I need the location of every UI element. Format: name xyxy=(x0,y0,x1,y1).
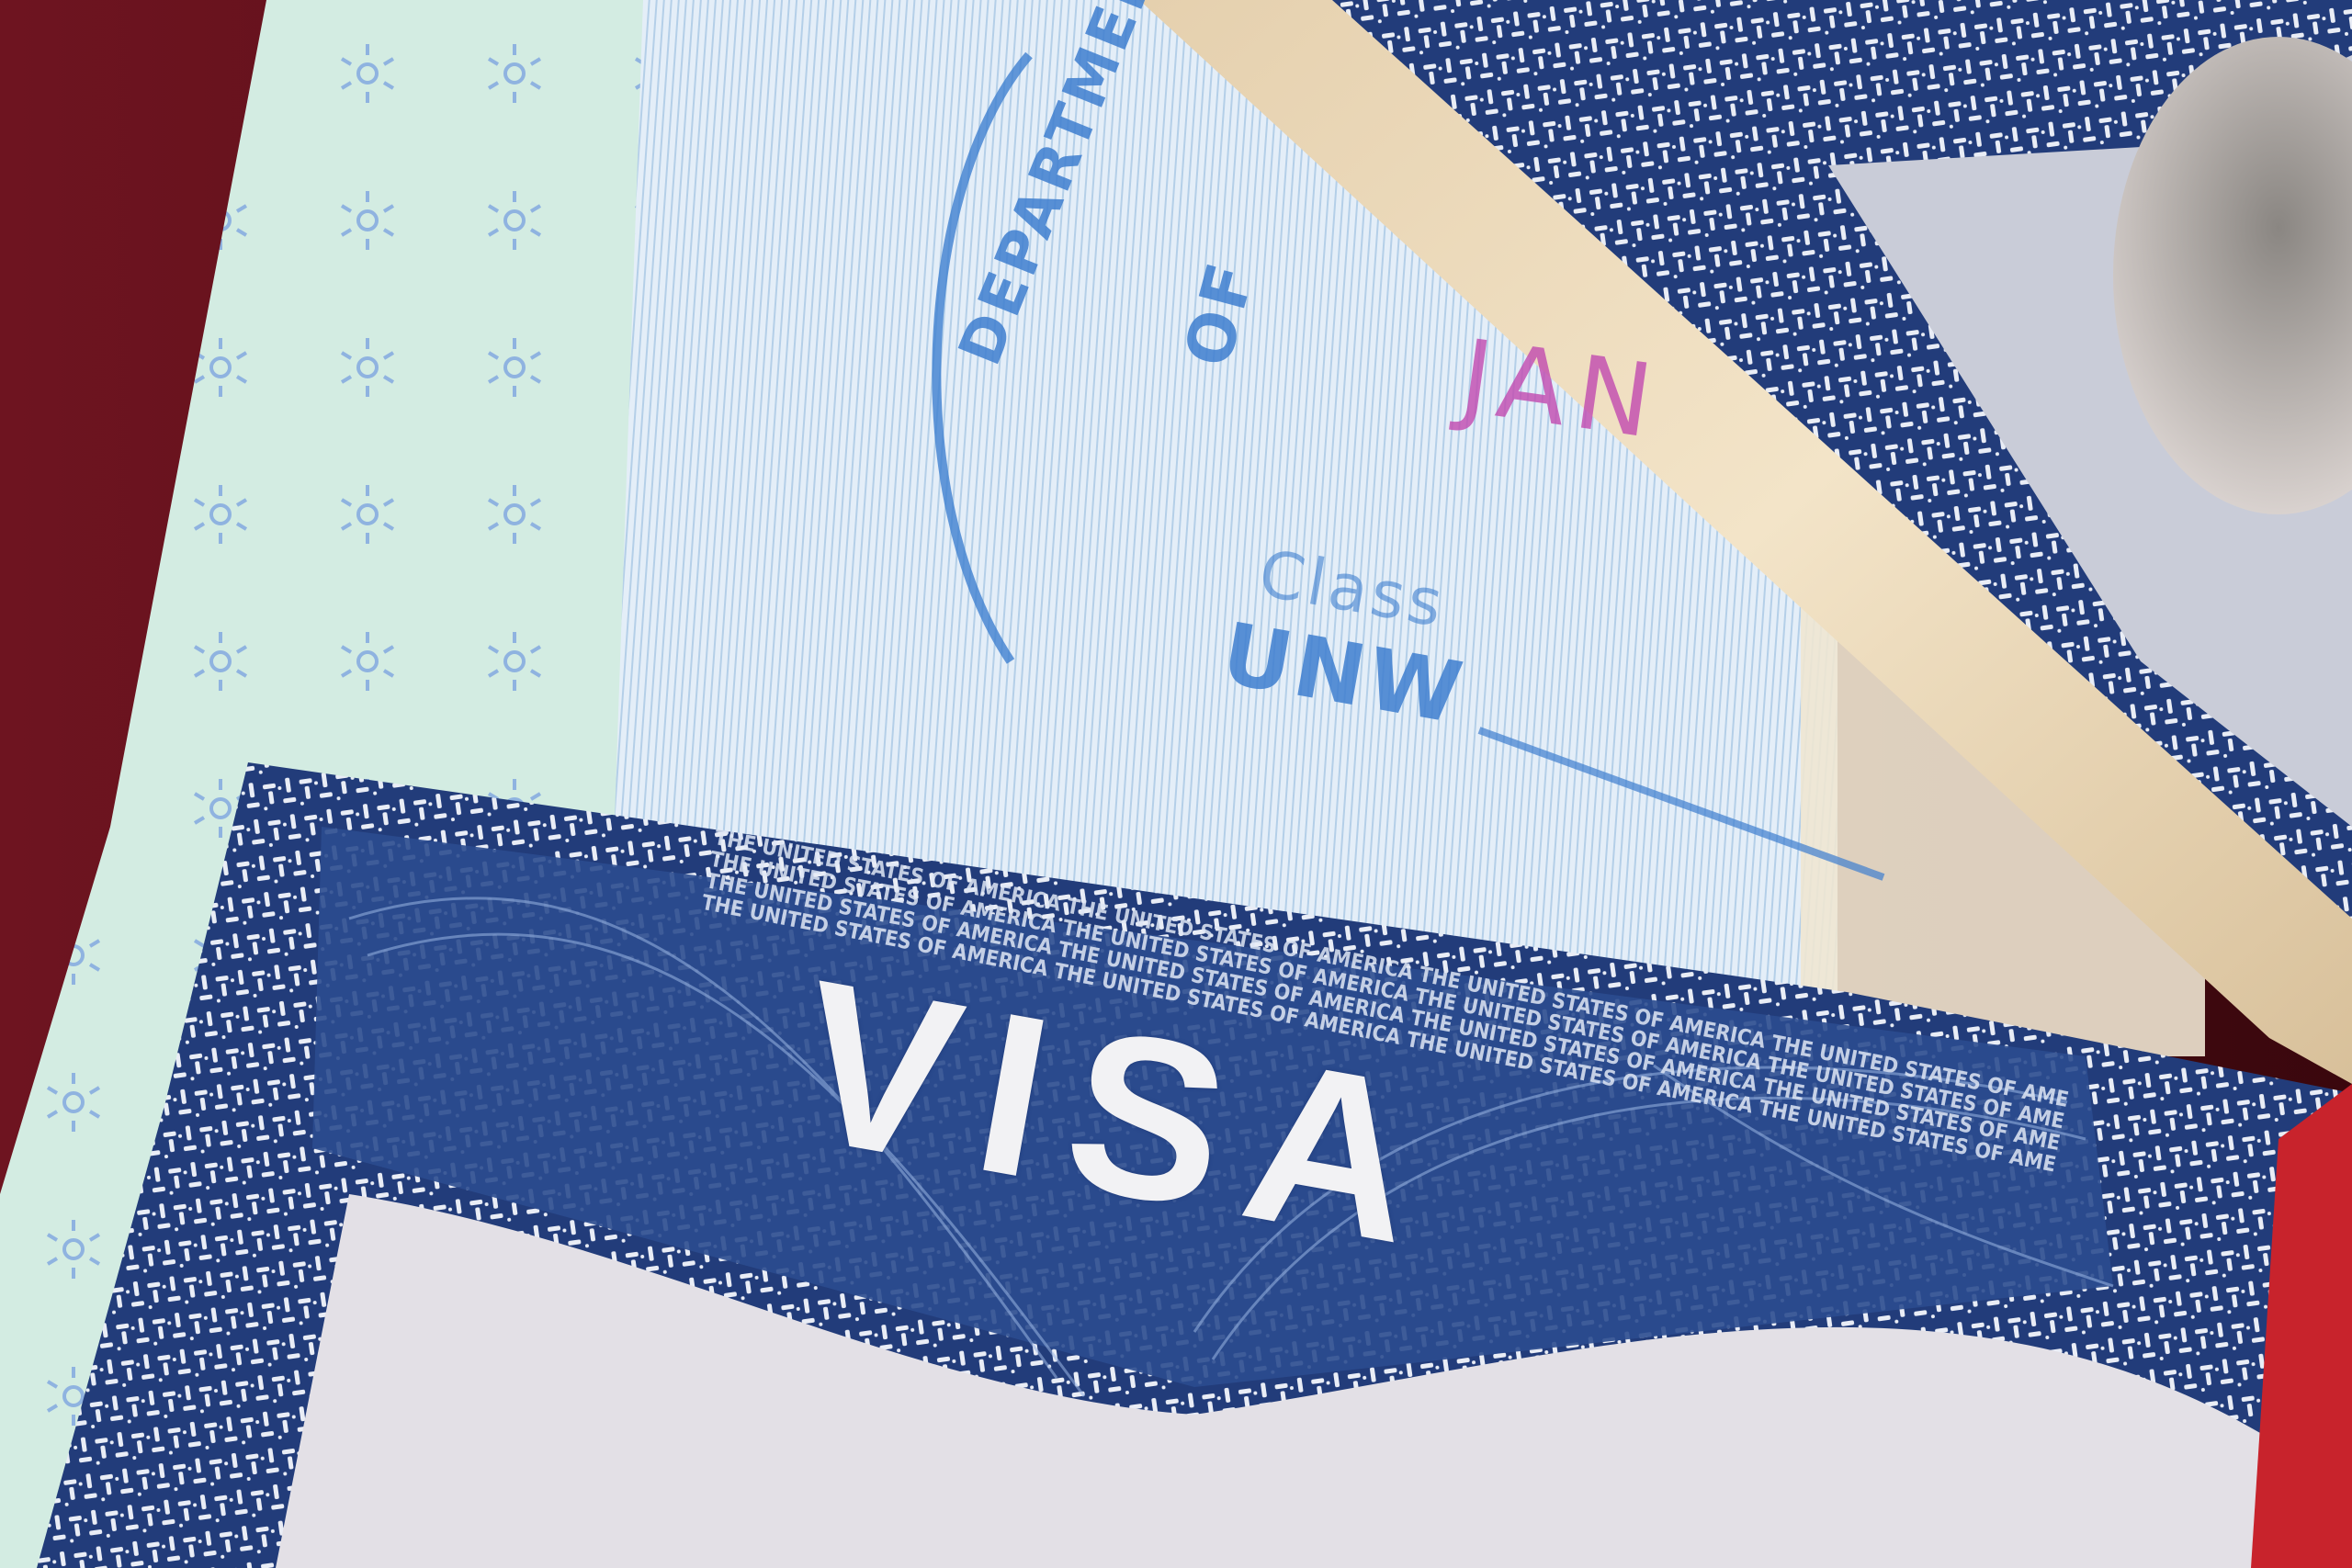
visa-background-art xyxy=(0,0,2352,1568)
visa-photo: THE UNITED STATES OF AMERICA THE UNITED … xyxy=(0,0,2352,1568)
